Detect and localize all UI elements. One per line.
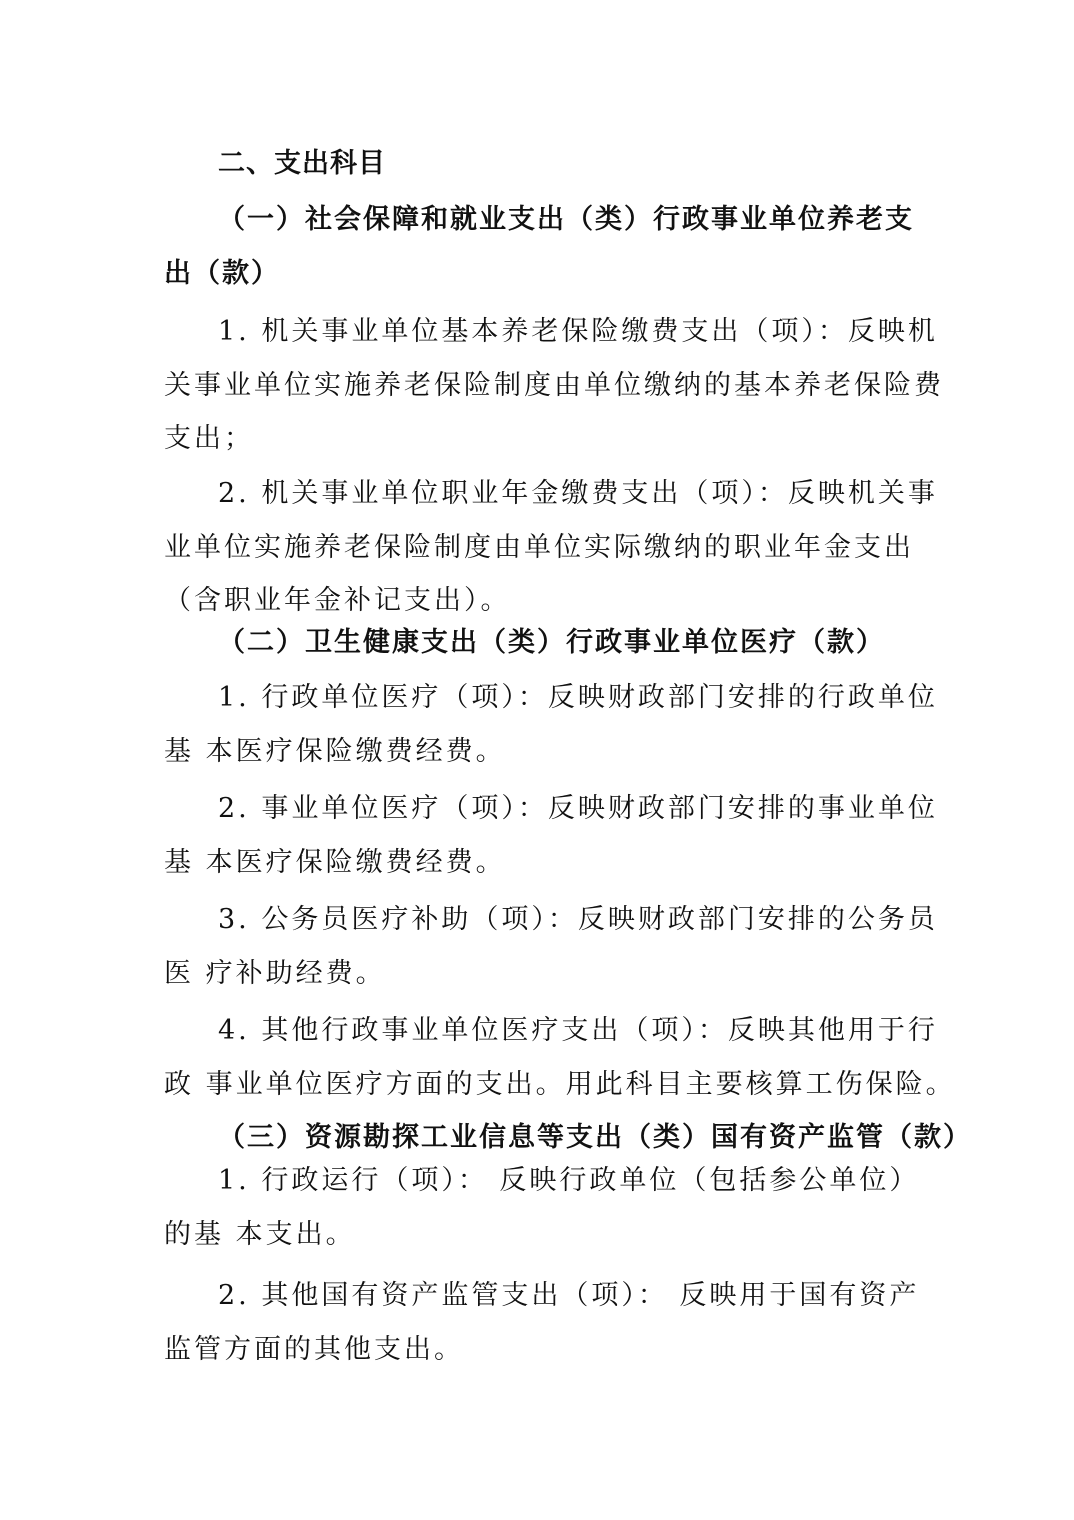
- item-1-2-line-2: 业单位实施养老保险制度由单位实际缴纳的职业年金支出: [164, 530, 914, 566]
- item-1-2-line-3: （含职业年金补记支出）。: [164, 583, 511, 619]
- item-1-1-line-1: 1. 机关事业单位基本养老保险缴费支出（项）：反映机: [218, 314, 938, 350]
- item-3-1-line-2: 的基 本支出。: [164, 1217, 356, 1253]
- section-title: 二、支出科目: [218, 146, 386, 182]
- item-2-4-line-1: 4. 其他行政事业单位医疗支出（项）：反映其他用于行: [218, 1013, 938, 1049]
- item-3-2-line-2: 监管方面的其他支出。: [164, 1332, 464, 1368]
- item-1-2-line-1: 2. 机关事业单位职业年金缴费支出（项）：反映机关事: [218, 476, 938, 512]
- item-2-3-line-1: 3. 公务员医疗补助（项）：反映财政部门安排的公务员: [218, 902, 938, 938]
- item-2-1-line-2: 基 本医疗保险缴费经费。: [164, 734, 506, 770]
- item-1-1-line-3: 支出；: [164, 421, 254, 457]
- heading-2: （二）卫生健康支出（类）行政事业单位医疗（款）: [218, 625, 885, 661]
- item-2-2-line-2: 基 本医疗保险缴费经费。: [164, 845, 506, 881]
- item-3-1-line-1: 1. 行政运行（项）： 反映行政单位（包括参公单位）: [218, 1163, 919, 1199]
- heading-3: （三）资源勘探工业信息等支出（类）国有资产监管（款）: [218, 1120, 972, 1156]
- heading-1-line-1: （一）社会保障和就业支出（类）行政事业单位养老支: [218, 202, 914, 238]
- item-2-4-line-2: 政 事业单位医疗方面的支出。用此科目主要核算工伤保险。: [164, 1067, 956, 1103]
- item-1-1-line-2: 关事业单位实施养老保险制度由单位缴纳的基本养老保险费: [164, 368, 944, 404]
- item-3-2-line-1: 2. 其他国有资产监管支出（项）： 反映用于国有资产: [218, 1278, 919, 1314]
- item-2-3-line-2: 医 疗补助经费。: [164, 956, 386, 992]
- item-2-2-line-1: 2. 事业单位医疗（项）：反映财政部门安排的事业单位: [218, 791, 938, 827]
- item-2-1-line-1: 1. 行政单位医疗（项）：反映财政部门安排的行政单位: [218, 680, 938, 716]
- heading-1-line-2: 出（款）: [164, 256, 280, 292]
